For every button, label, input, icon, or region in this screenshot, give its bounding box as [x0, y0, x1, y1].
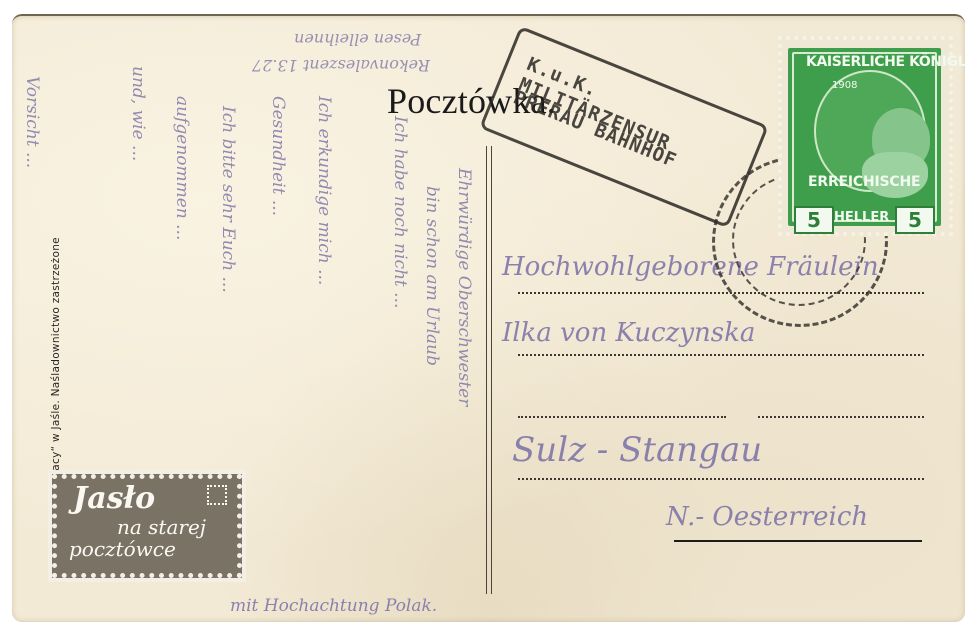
message-line: Vorsicht ... [22, 76, 42, 168]
message-line: bin schon am Urlaub [422, 186, 442, 366]
logo-line3: pocztówce [69, 537, 176, 561]
watermark-logo: Jasło na starej pocztówce [52, 474, 242, 578]
stamp-year: 1908 [832, 80, 857, 91]
message-line: Ehrwürdige Oberschwester [454, 168, 474, 406]
address-town: Sulz - Stangau [512, 430, 762, 470]
address-line-3a [518, 416, 726, 418]
address-line-4 [518, 478, 924, 480]
stamp-value-right: 5 [895, 206, 935, 234]
logo-line1: Jasło [73, 481, 155, 516]
message-closing: mit Hochachtung Polak. [230, 596, 437, 616]
address-recipient-name: Ilka von Kuczynska [502, 318, 755, 348]
postage-stamp: KAISERLICHE KÖNIGLICHE 1908 ERREICHISCHE… [778, 36, 953, 236]
stamp-value-left: 5 [794, 206, 834, 234]
stamp-bottom-text: ERREICHISCHE [808, 174, 920, 190]
message-line: Ich bitte sehr Euch ... [218, 106, 238, 293]
address-line-3b [758, 416, 924, 418]
message-upside-line: Pesen elleihnen [294, 30, 421, 49]
address-line-2 [518, 354, 924, 356]
message-line: Ich habe noch nicht ... [390, 116, 410, 308]
postcard: Pocztówka. Nakł. „Pracy“ w Jaśle. Naślad… [12, 14, 965, 622]
message-upside-line: Rekonvaleszent 13.27 [252, 56, 430, 75]
message-address-divider [486, 146, 492, 594]
address-line-5 [674, 540, 922, 542]
message-line: aufgenommen ... [172, 96, 192, 240]
message-line: und, wie ... [128, 66, 148, 161]
stamp-body: KAISERLICHE KÖNIGLICHE 1908 ERREICHISCHE… [788, 48, 941, 226]
stamp-denomination: HELLER [834, 210, 889, 225]
stamp-icon [207, 485, 227, 505]
publisher-line: Nakł. „Pracy“ w Jaśle. Naśladownictwo za… [50, 124, 66, 519]
message-line: Gesundheit ... [268, 96, 288, 216]
address-region: N.- Oesterreich [666, 502, 868, 532]
stamp-arc-text: KAISERLICHE KÖNIGLICHE [806, 54, 965, 70]
message-line: Ich erkundige mich ... [314, 96, 334, 285]
censor-stamp: K.u.K. MILITÄRZENSUR PRERAU BAHNHOF [479, 26, 769, 228]
logo-line2: na starej [117, 515, 206, 539]
